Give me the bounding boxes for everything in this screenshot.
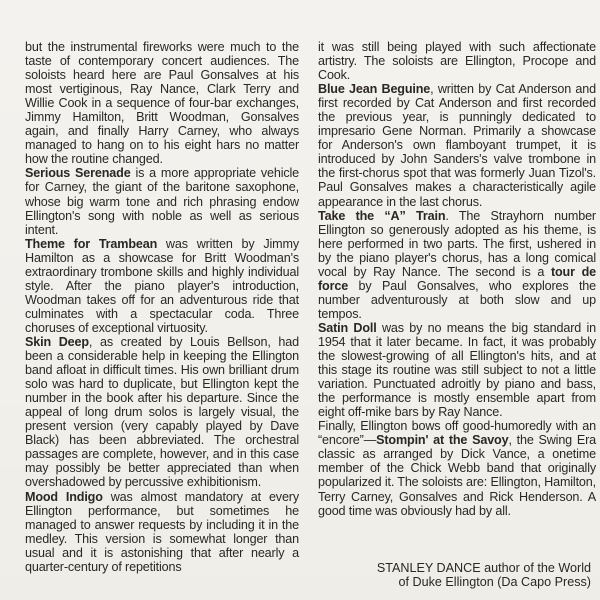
paragraph-serious-serenade: Serious Serenade is a more appropriate v… <box>25 166 299 236</box>
author-signature: STANLEY DANCE author of the World of Duk… <box>318 561 591 590</box>
signature-line-1: STANLEY DANCE author of the World <box>318 561 591 576</box>
track-title: Serious Serenade <box>25 166 131 180</box>
paragraph-blue-jean-beguine: Blue Jean Beguine, written by Cat Anders… <box>318 82 596 208</box>
paragraph-skin-deep: Skin Deep, as created by Louis Bellson, … <box>25 335 299 490</box>
paragraph-mood-indigo-continued: it was still being played with such affe… <box>318 40 596 82</box>
track-title: Skin Deep <box>25 335 89 349</box>
right-column: it was still being played with such affe… <box>318 40 596 518</box>
paragraph-stompin-at-the-savoy: Finally, Ellington bows off good-humored… <box>318 419 596 517</box>
paragraph-text: it was still being played with such affe… <box>318 40 596 82</box>
paragraph-text: was written by Jimmy Hamilton as a showc… <box>25 237 299 335</box>
left-column: but the instrumental fireworks were much… <box>25 40 299 574</box>
track-title: Theme for Trambean <box>25 237 157 251</box>
paragraph-intro-continued: but the instrumental fireworks were much… <box>25 40 299 166</box>
paragraph-theme-for-trambean: Theme for Trambean was written by Jimmy … <box>25 237 299 335</box>
track-title: Take the “A” Train <box>318 209 445 223</box>
paragraph-text: , written by Cat Anderson and first reco… <box>318 82 596 208</box>
paragraph-take-the-a-train: Take the “A” Train. The Strayhorn number… <box>318 209 596 321</box>
paragraph-satin-doll: Satin Doll was by no means the big stand… <box>318 321 596 419</box>
paragraph-text: by Paul Gonsalves, who explores the numb… <box>318 279 596 321</box>
signature-line-2: of Duke Ellington (Da Capo Press) <box>318 575 591 590</box>
track-title: Stompin' at the Savoy <box>376 433 508 447</box>
paragraph-mood-indigo: Mood Indigo was almost mandatory at ever… <box>25 490 299 574</box>
paragraph-text: but the instrumental fireworks were much… <box>25 40 299 166</box>
track-title: Blue Jean Beguine <box>318 82 430 96</box>
track-title: Satin Doll <box>318 321 377 335</box>
liner-notes-page: but the instrumental fireworks were much… <box>0 0 600 600</box>
track-title: Mood Indigo <box>25 490 103 504</box>
paragraph-text: was by no means the big standard in 1954… <box>318 321 596 419</box>
paragraph-text: , as created by Louis Bellson, had been … <box>25 335 299 489</box>
